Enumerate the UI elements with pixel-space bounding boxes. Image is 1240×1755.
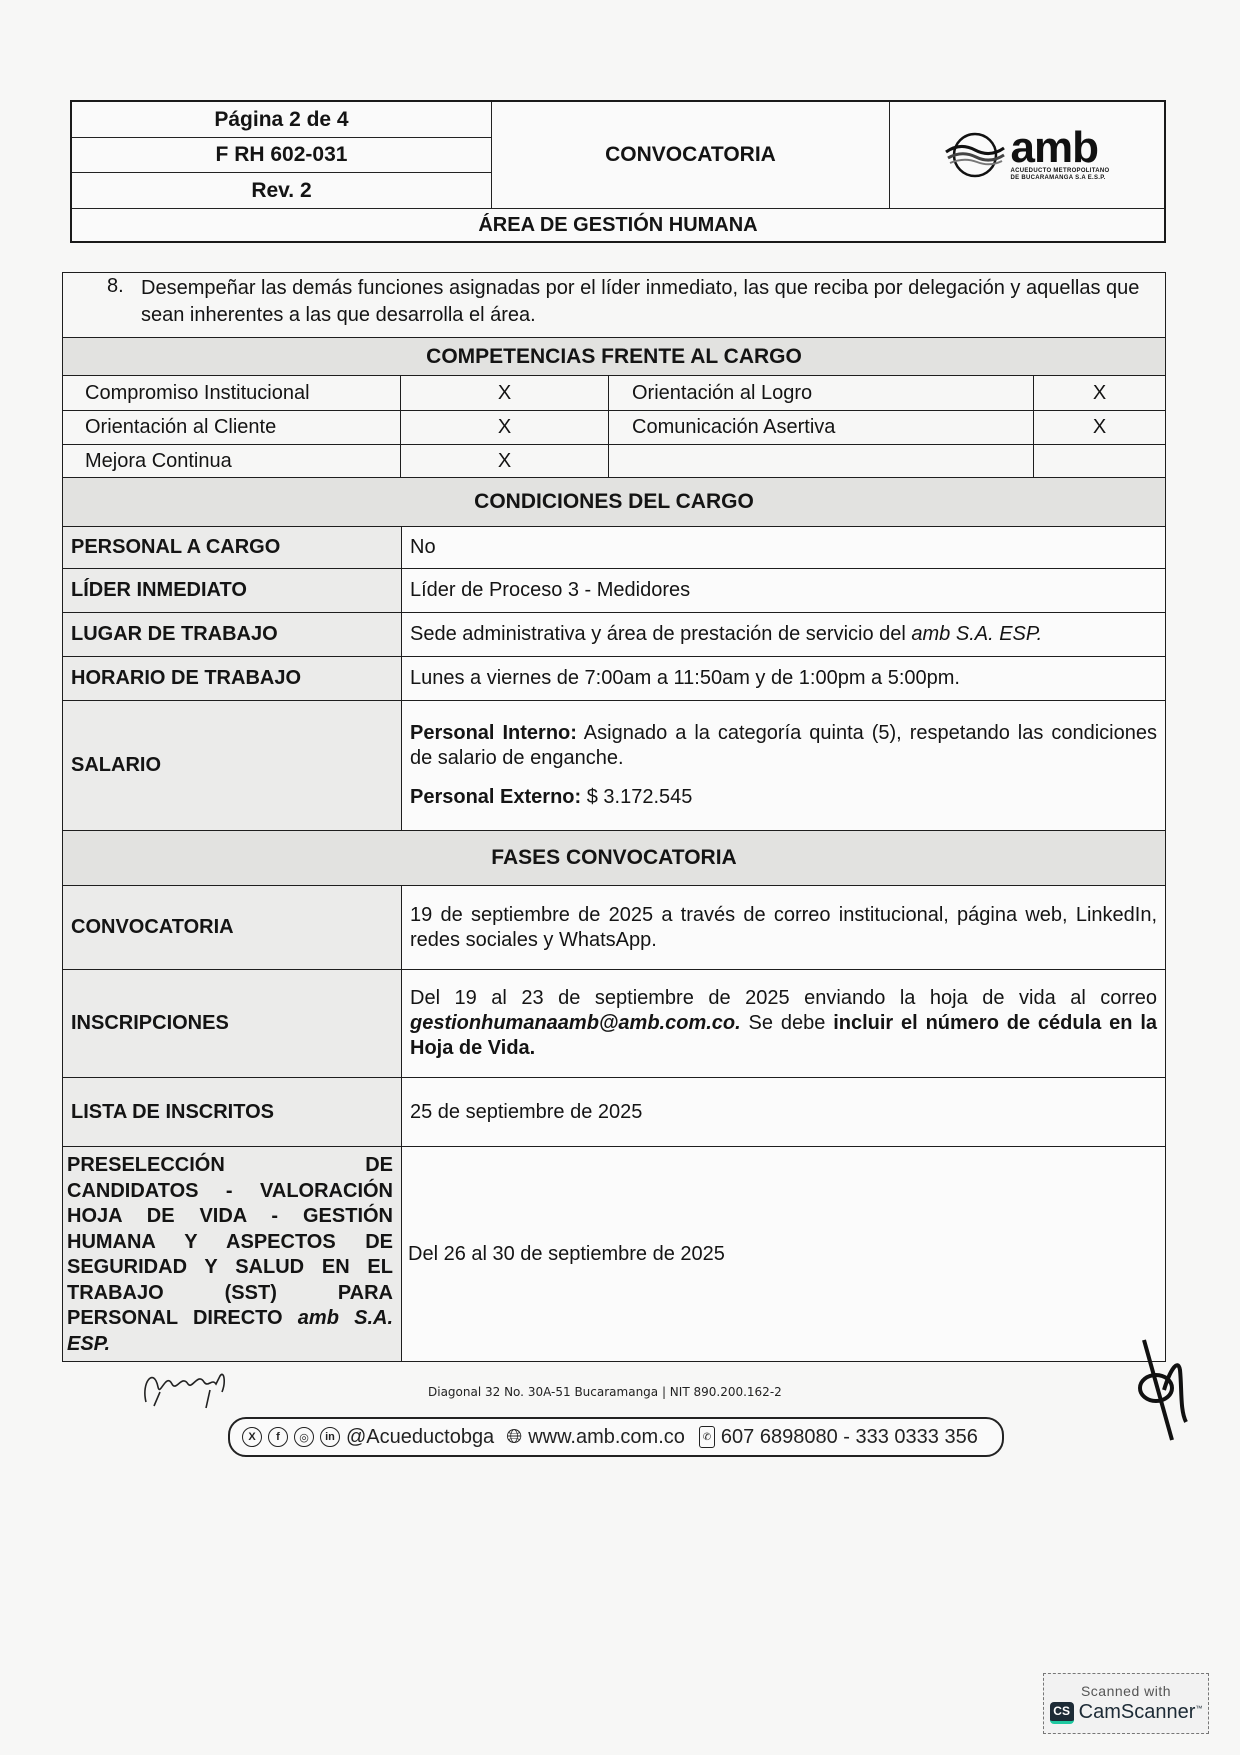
condition-value: Sede administrativa y área de prestación… <box>402 613 1165 656</box>
competency-row: Compromiso Institucional X Orientación a… <box>62 376 1166 411</box>
phase-value: Del 19 al 23 de septiembre de 2025 envia… <box>402 970 1165 1077</box>
globe-icon: 🌐︎ <box>506 1426 522 1449</box>
condition-value: Lunes a viernes de 7:00am a 11:50am y de… <box>402 657 1165 700</box>
condition-row-lider: LÍDER INMEDIATO Líder de Proceso 3 - Med… <box>62 569 1166 613</box>
phase-value: 19 de septiembre de 2025 a través de cor… <box>402 886 1165 969</box>
section-header-condiciones: CONDICIONES DEL CARGO <box>62 478 1166 527</box>
company-name: amb S.A. ESP. <box>911 623 1042 646</box>
salary-internal-label: Personal Interno: <box>410 722 577 744</box>
condition-label: HORARIO DE TRABAJO <box>63 657 402 700</box>
area-title: ÁREA DE GESTIÓN HUMANA <box>72 208 1164 241</box>
phase-value: 25 de septiembre de 2025 <box>402 1078 1165 1146</box>
competency-name: Orientación al Logro <box>609 376 1034 410</box>
condition-label: LUGAR DE TRABAJO <box>63 613 402 656</box>
signature-right <box>1128 1330 1198 1450</box>
section-header-fases: FASES CONVOCATORIA <box>62 831 1166 886</box>
condition-row-horario: HORARIO DE TRABAJO Lunes a viernes de 7:… <box>62 657 1166 701</box>
company-address: Diagonal 32 No. 30A-51 Bucaramanga | NIT… <box>428 1385 782 1399</box>
phase-row-lista: LISTA DE INSCRITOS 25 de septiembre de 2… <box>62 1078 1166 1147</box>
competency-name: Comunicación Asertiva <box>609 411 1034 444</box>
competency-row: Orientación al Cliente X Comunicación As… <box>62 411 1166 445</box>
function-item-8: 8. Desempeñar las demás funciones asigna… <box>62 272 1166 338</box>
phase-label: INSCRIPCIONES <box>63 970 402 1077</box>
phase-row-convocatoria: CONVOCATORIA 19 de septiembre de 2025 a … <box>62 886 1166 970</box>
phase-label: LISTA DE INSCRITOS <box>63 1078 402 1146</box>
condition-label: PERSONAL A CARGO <box>63 527 402 568</box>
phase-value-text: 19 de septiembre de 2025 a través de cor… <box>410 903 1157 953</box>
phase-label: PRESELECCIÓN DE CANDIDATOS - VALORACIÓN … <box>63 1147 402 1361</box>
preselection-label-text: PRESELECCIÓN DE CANDIDATOS - VALORACIÓN … <box>67 1154 393 1329</box>
competency-mark <box>1034 445 1165 477</box>
competency-name <box>609 445 1034 477</box>
brand-name: CamScanner <box>1079 1701 1196 1723</box>
competency-mark: X <box>401 376 609 410</box>
job-posting-table: 8. Desempeñar las demás funciones asigna… <box>62 272 1166 1362</box>
competency-mark: X <box>1034 376 1165 410</box>
inscription-text: Del 19 al 23 de septiembre de 2025 envia… <box>410 987 1157 1009</box>
trademark-symbol: ™ <box>1195 1705 1202 1712</box>
item-text: Desempeñar las demás funciones asignadas… <box>141 275 1157 329</box>
salary-internal: Personal Interno: Asignado a la categorí… <box>410 721 1157 771</box>
competency-name: Orientación al Cliente <box>63 411 401 444</box>
x-icon[interactable]: X <box>242 1427 262 1447</box>
website-link[interactable]: www.amb.com.co <box>528 1426 685 1449</box>
watermark-brand: CamScanner™ <box>1079 1701 1203 1724</box>
condition-value: No <box>402 527 1165 568</box>
inscription-text: Se debe <box>741 1012 834 1034</box>
document-code: F RH 602-031 <box>72 138 492 173</box>
salary-external-label: Personal Externo: <box>410 786 581 808</box>
email-link[interactable]: gestionhumanaamb@amb.com.co. <box>410 1012 741 1034</box>
condition-label: LÍDER INMEDIATO <box>63 569 402 612</box>
condition-value: Líder de Proceso 3 - Medidores <box>402 569 1165 612</box>
phone-numbers: 607 6898080 - 333 0333 356 <box>721 1426 978 1449</box>
salary-external: Personal Externo: $ 3.172.545 <box>410 785 1157 810</box>
condition-row-salario: SALARIO Personal Interno: Asignado a la … <box>62 701 1166 831</box>
phase-value-text: Del 19 al 23 de septiembre de 2025 envia… <box>410 986 1157 1061</box>
document-revision: Rev. 2 <box>72 173 492 208</box>
competency-row: Mejora Continua X <box>62 445 1166 478</box>
amb-logo: amb ACUEDUCTO METROPOLITANO DE BUCARAMAN… <box>890 102 1164 208</box>
condition-row-lugar: LUGAR DE TRABAJO Sede administrativa y á… <box>62 613 1166 657</box>
value-text: Sede administrativa y área de prestación… <box>410 623 911 646</box>
logo-subtitle-2: DE BUCARAMANGA S.A E.S.P. <box>1010 175 1109 182</box>
competency-name: Compromiso Institucional <box>63 376 401 410</box>
phone-icon: ✆ <box>699 1426 715 1448</box>
competency-mark: X <box>1034 411 1165 444</box>
competency-name: Mejora Continua <box>63 445 401 477</box>
document-header-table: Página 2 de 4 F RH 602-031 Rev. 2 CONVOC… <box>70 100 1166 243</box>
watermark-caption: Scanned with <box>1081 1683 1171 1699</box>
instagram-icon[interactable]: ◎ <box>294 1427 314 1447</box>
preselection-label: PRESELECCIÓN DE CANDIDATOS - VALORACIÓN … <box>67 1153 393 1357</box>
logo-subtitle-1: ACUEDUCTO METROPOLITANO <box>1010 168 1109 175</box>
condition-row-personal: PERSONAL A CARGO No <box>62 527 1166 569</box>
page-number: Página 2 de 4 <box>72 102 492 138</box>
facebook-icon[interactable]: f <box>268 1427 288 1447</box>
salary-external-value: $ 3.172.545 <box>581 786 692 808</box>
competency-mark: X <box>401 445 609 477</box>
phase-row-inscripciones: INSCRIPCIONES Del 19 al 23 de septiembre… <box>62 970 1166 1078</box>
section-header-competencias: COMPETENCIAS FRENTE AL CARGO <box>62 338 1166 376</box>
signature-left <box>136 1362 256 1412</box>
item-number: 8. <box>107 275 124 298</box>
camscanner-logo-icon: CS <box>1050 1702 1074 1724</box>
phase-value: Del 26 al 30 de septiembre de 2025 <box>402 1147 1165 1361</box>
phase-row-preseleccion: PRESELECCIÓN DE CANDIDATOS - VALORACIÓN … <box>62 1147 1166 1362</box>
phase-label: CONVOCATORIA <box>63 886 402 969</box>
social-handle[interactable]: @Acueductobga <box>346 1426 494 1449</box>
condition-label: SALARIO <box>63 701 402 830</box>
document-title: CONVOCATORIA <box>492 102 890 208</box>
contact-bar: X f ◎ in @Acueductobga 🌐︎ www.amb.com.co… <box>228 1417 1004 1457</box>
camscanner-watermark: Scanned with CS CamScanner™ <box>1043 1673 1209 1734</box>
linkedin-icon[interactable]: in <box>320 1427 340 1447</box>
logo-wordmark: amb <box>1010 128 1109 168</box>
condition-value: Personal Interno: Asignado a la categorí… <box>402 701 1165 830</box>
water-wave-logo-icon <box>944 130 1006 180</box>
competency-mark: X <box>401 411 609 444</box>
